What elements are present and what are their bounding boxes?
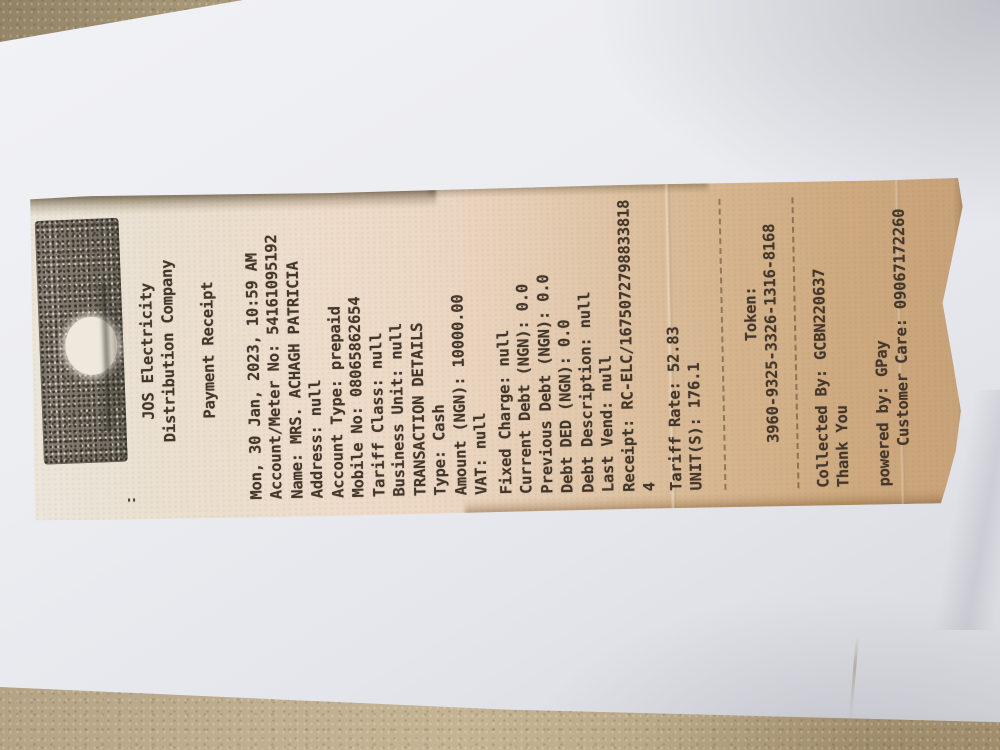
receipt-body: JOS Electricity Distribution Company Pay… bbox=[28, 178, 973, 523]
receipt-title: Payment Receipt bbox=[195, 199, 222, 500]
dashed-separator-1 bbox=[718, 199, 726, 490]
paper-crease bbox=[848, 636, 859, 728]
payment-receipt: JOS Electricity Distribution Company Pay… bbox=[28, 178, 973, 523]
dashed-separator-2 bbox=[791, 197, 799, 488]
photo-scene: JOS Electricity Distribution Company Pay… bbox=[0, 0, 1000, 750]
